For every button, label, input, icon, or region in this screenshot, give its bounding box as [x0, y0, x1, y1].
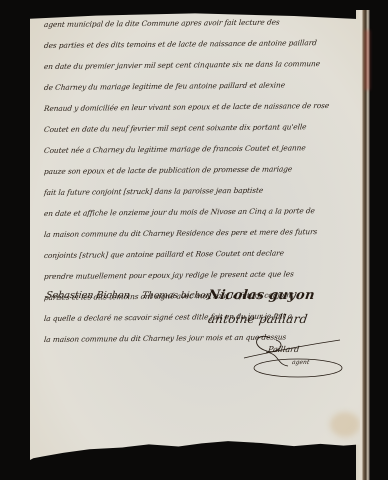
signature: antoine paillard — [207, 312, 309, 326]
signature: Thomas bichon — [141, 291, 212, 301]
signature: Sebastien Bichon — [45, 290, 130, 301]
red-ink-mark — [364, 30, 370, 90]
signature: Paillard — [267, 345, 299, 354]
document-photo: agent municipal de la dite Commune apres… — [0, 0, 388, 480]
signature: Nicolas guyon — [207, 288, 316, 303]
manuscript-page: agent municipal de la dite Commune apres… — [30, 12, 360, 460]
signature-flourish-icon — [240, 330, 350, 380]
signature: agent — [292, 359, 310, 366]
signature-block: Sebastien Bichon Thomas bichon Nicolas g… — [30, 12, 360, 460]
